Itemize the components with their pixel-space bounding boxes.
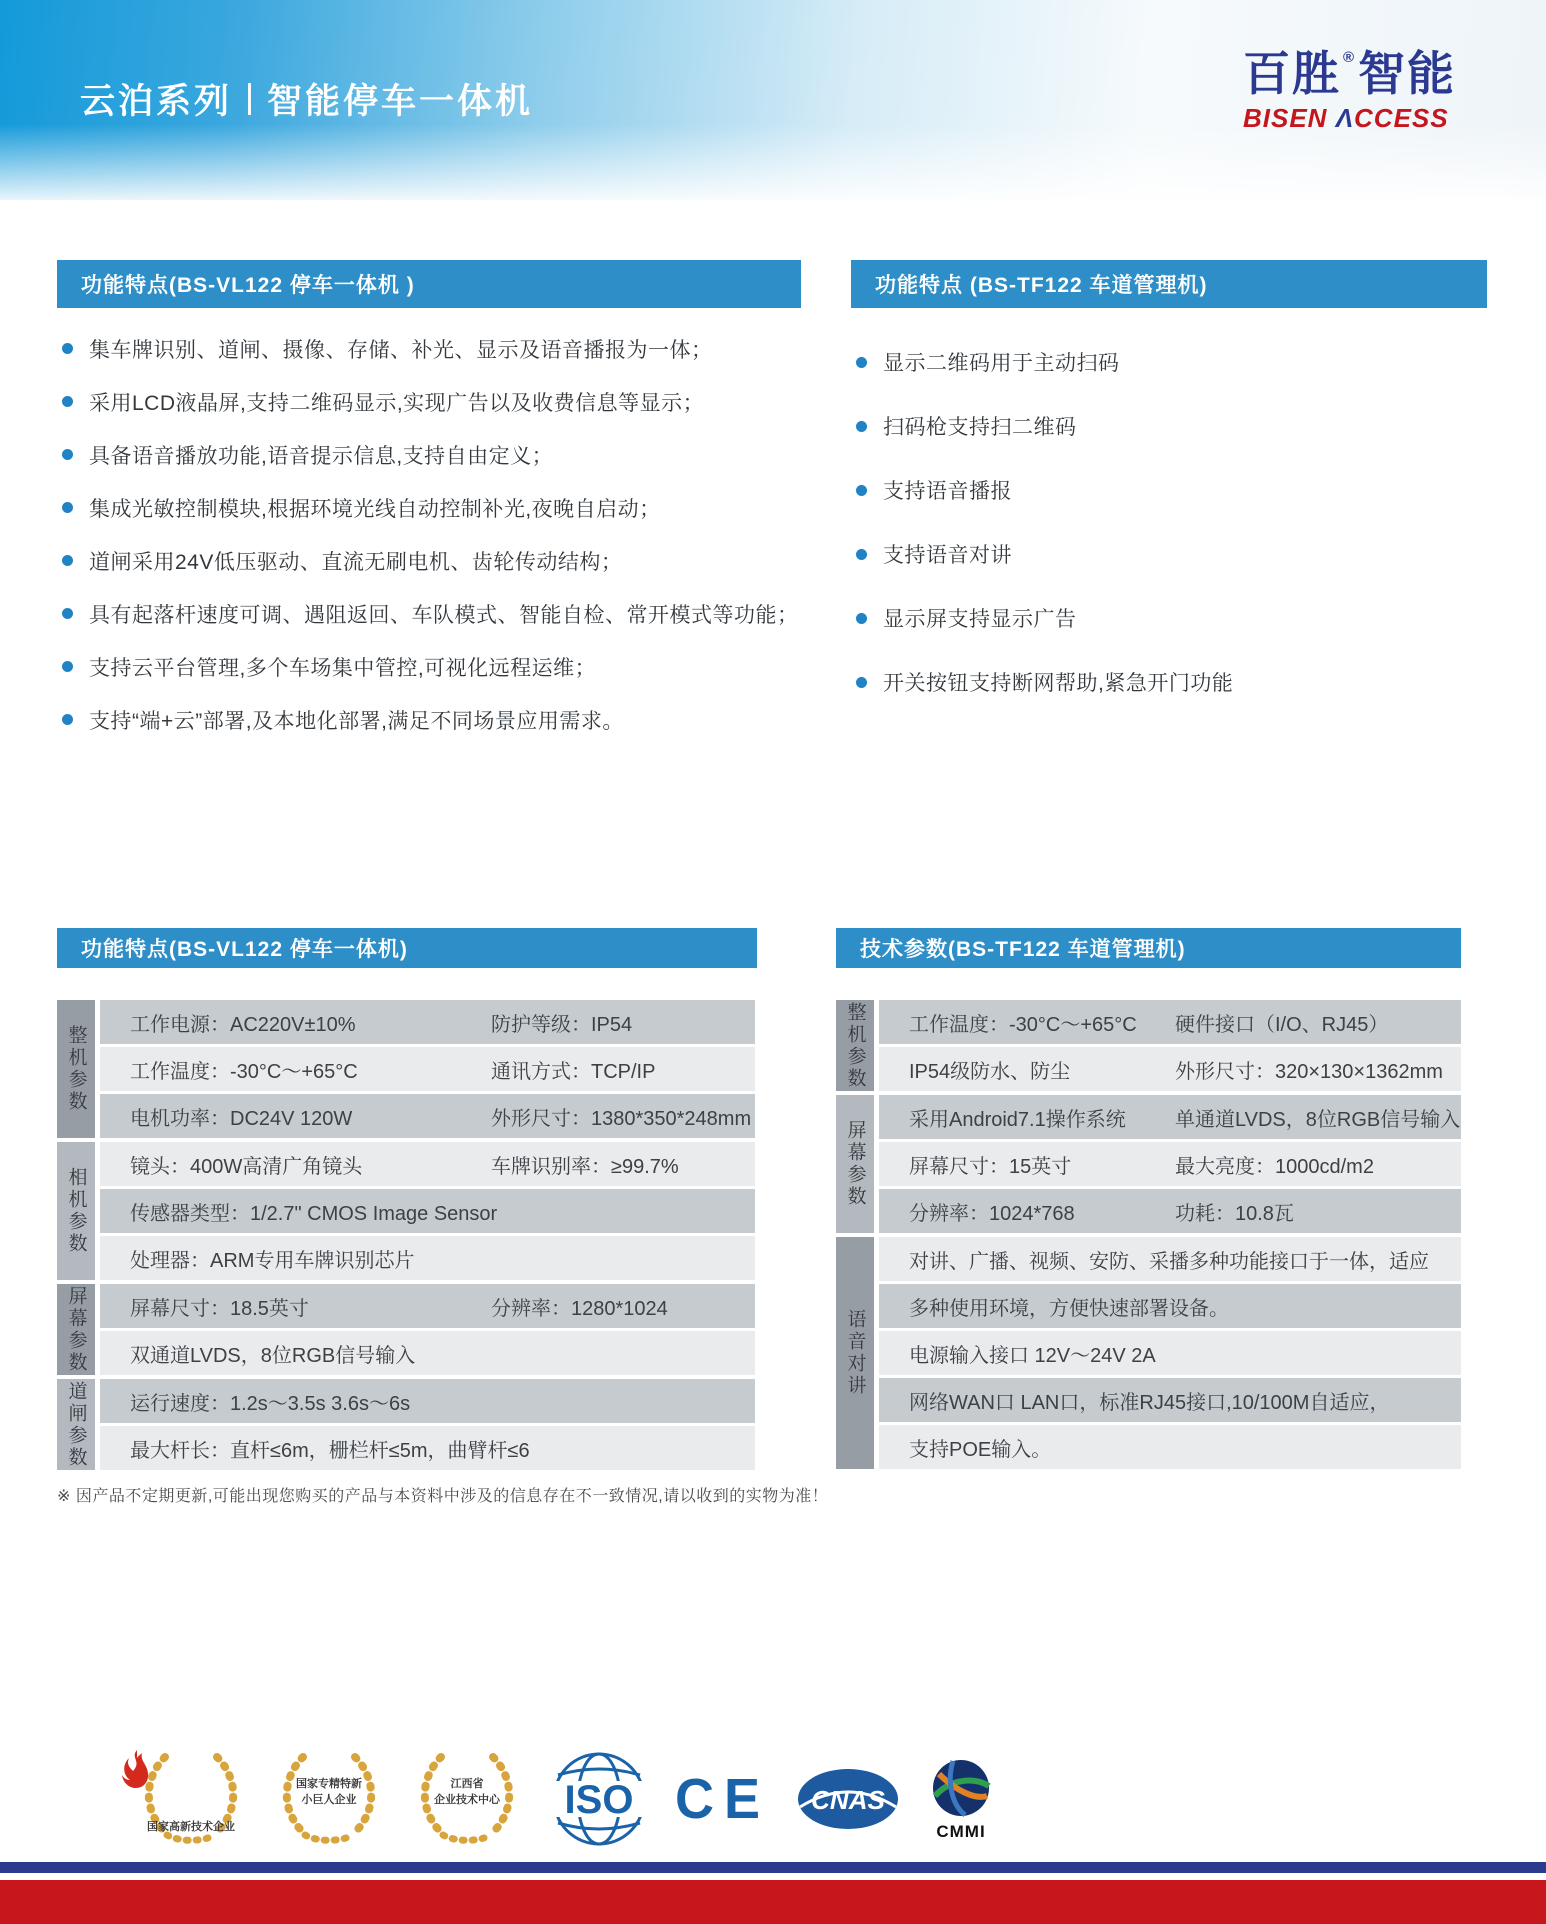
brand-en-bisen: BISEN [1243,103,1336,133]
bullet-icon [856,421,867,432]
list-item: 集成光敏控制模块,根据环境光线自动控制补光,夜晚自启动； [62,481,802,534]
group-label: 道闸参数 [57,1379,95,1470]
table-row: 电机功率：DC24V 120W外形尺寸：1380*350*248mm [100,1094,755,1138]
bullet-icon [856,549,867,560]
registered-mark-icon: ® [1343,49,1356,66]
spec-table-right-header: 技术参数(BS-TF122 车道管理机) [836,928,1461,968]
hero-banner: 云泊系列 智能停车一体机 百胜®智能 BISEN ΛCCESS [0,0,1546,200]
page-title: 云泊系列 智能停车一体机 [80,74,533,124]
list-item: 采用LCD液晶屏,支持二维码显示,实现广告以及收费信息等显示； [62,375,802,428]
list-item: 支持“端+云”部署,及本地化部署,满足不同场景应用需求。 [62,693,802,746]
list-item: 显示二维码用于主动扫码 [856,330,1486,394]
bullet-icon [62,396,73,407]
table-group-machine: 整机参数 工作温度：-30°C～+65°C硬件接口（I/O、RJ45） IP54… [836,1000,1461,1091]
group-label: 整机参数 [836,1000,874,1091]
disclaimer-note: ※ 因产品不定期更新,可能出现您购买的产品与本资料中涉及的信息存在不一致情况,请… [57,1483,828,1506]
table-group-camera: 相机参数 镜头：400W高清广角镜头车牌识别率：≥99.7% 传感器类型：1/2… [57,1142,755,1280]
list-item: 支持语音对讲 [856,522,1486,586]
table-row: IP54级防水、防尘外形尺寸：320×130×1362mm [879,1047,1461,1091]
iso-text: ISO [565,1778,634,1822]
bullet-icon [62,555,73,566]
brand-logo-chinese: 百胜®智能 [1243,50,1456,97]
table-row: 屏幕尺寸：15英寸最大亮度：1000cd/m2 [879,1142,1461,1186]
bullet-icon [856,485,867,496]
brand-cn-left: 百胜 [1243,47,1341,100]
bullet-icon [62,714,73,725]
table-row: 最大杆长：直杆≤6m，栅栏杆≤5m，曲臂杆≤6 [100,1426,755,1470]
iso-logo: ISO [549,1749,649,1849]
table-row: 电源输入接口 12V～24V 2A [879,1331,1461,1375]
table-row: 支持POE输入。 [879,1425,1461,1469]
table-row: 多种使用环境，方便快速部署设备。 [879,1284,1461,1328]
group-label: 屏幕参数 [57,1284,95,1375]
table-group-barrier: 道闸参数 运行速度：1.2s～3.5s 3.6s～6s 最大杆长：直杆≤6m，栅… [57,1379,755,1470]
badge-text: 国家专精特新 小巨人企业 [287,1749,371,1835]
features-left-list: 集车牌识别、道闸、摄像、存储、补光、显示及语音播报为一体； 采用LCD液晶屏,支… [62,322,802,746]
cmmi-globe-icon [929,1756,993,1820]
list-item: 具备语音播放功能,语音提示信息,支持自由定义； [62,428,802,481]
brochure-page: 云泊系列 智能停车一体机 百胜®智能 BISEN ΛCCESS 功能特点(BS-… [0,0,1546,1924]
list-item: 支持云平台管理,多个车场集中管控,可视化远程运维； [62,640,802,693]
badge-text: 江西省 企业技术中心 [425,1749,509,1835]
cert-specialized-sme-badge: 国家专精特新 小巨人企业 [273,1749,385,1849]
table-group-machine: 整机参数 工作电源：AC220V±10%防护等级：IP54 工作温度：-30°C… [57,1000,755,1138]
footer-stripe-red [0,1880,1546,1924]
group-label: 屏幕参数 [836,1095,874,1233]
cmmi-logo: CMMI [926,1749,996,1849]
bullet-icon [856,613,867,624]
certification-logos: 国家高新技术企业 国家专精特新 小巨人企业 [135,1744,996,1854]
title-divider [248,83,251,115]
bullet-icon [62,661,73,672]
table-row: 网络WAN口 LAN口，标准RJ45接口,10/100M自适应， [879,1378,1461,1422]
bullet-icon [62,343,73,354]
brand-logo-english: BISEN ΛCCESS [1243,105,1456,131]
table-row: 采用Android7.1操作系统单通道LVDS，8位RGB信号输入 [879,1095,1461,1139]
table-row: 分辨率：1024*768功耗：10.8瓦 [879,1189,1461,1233]
table-row: 镜头：400W高清广角镜头车牌识别率：≥99.7% [100,1142,755,1186]
cert-jiangxi-tech-center-badge: 江西省 企业技术中心 [411,1749,523,1849]
spec-table-right: 整机参数 工作温度：-30°C～+65°C硬件接口（I/O、RJ45） IP54… [836,1000,1461,1473]
group-label: 语音对讲 [836,1237,874,1469]
list-item: 集车牌识别、道闸、摄像、存储、补光、显示及语音播报为一体； [62,322,802,375]
brand-logo: 百胜®智能 BISEN ΛCCESS [1243,50,1456,131]
list-item: 道闸采用24V低压驱动、直流无刷电机、齿轮传动结构； [62,534,802,587]
features-left-header: 功能特点(BS-VL122 停车一体机 ) [57,260,801,308]
brand-en-ccess: CCESS [1354,103,1449,133]
brand-cn-right: 智能 [1358,47,1456,100]
bullet-icon [62,502,73,513]
flame-icon [120,1749,150,1789]
group-label: 整机参数 [57,1000,95,1138]
table-row: 工作温度：-30°C～+65°C通讯方式：TCP/IP [100,1047,755,1091]
table-row: 屏幕尺寸：18.5英寸分辨率：1280*1024 [100,1284,755,1328]
cnas-logo: CNAS [796,1767,900,1831]
table-row: 工作电源：AC220V±10%防护等级：IP54 [100,1000,755,1044]
bullet-icon [62,608,73,619]
cnas-text: CNAS [811,1785,885,1815]
spec-table-left: 整机参数 工作电源：AC220V±10%防护等级：IP54 工作温度：-30°C… [57,1000,755,1474]
brand-en-lambda: Λ [1336,103,1354,133]
bullet-icon [62,449,73,460]
bullet-icon [856,357,867,368]
cert-national-hitech-badge: 国家高新技术企业 [135,1749,247,1849]
table-row: 传感器类型：1/2.7" CMOS Image Sensor [100,1189,755,1233]
list-item: 支持语音播报 [856,458,1486,522]
series-name: 云泊系列 [80,74,232,124]
features-right-header: 功能特点 (BS-TF122 车道管理机) [851,260,1487,308]
table-row: 运行速度：1.2s～3.5s 3.6s～6s [100,1379,755,1423]
table-row: 对讲、广播、视频、安防、采播多种功能接口于一体，适应 [879,1237,1461,1281]
table-row: 工作温度：-30°C～+65°C硬件接口（I/O、RJ45） [879,1000,1461,1044]
bullet-icon [856,677,867,688]
table-group-screen: 屏幕参数 屏幕尺寸：18.5英寸分辨率：1280*1024 双通道LVDS，8位… [57,1284,755,1375]
spec-table-left-header: 功能特点(BS-VL122 停车一体机) [57,928,757,968]
table-group-screen: 屏幕参数 采用Android7.1操作系统单通道LVDS，8位RGB信号输入 屏… [836,1095,1461,1233]
list-item: 具有起落杆速度可调、遇阻返回、车队模式、智能自检、常开模式等功能； [62,587,802,640]
ce-mark-logo: CE [675,1766,770,1831]
list-item: 扫码枪支持扫二维码 [856,394,1486,458]
table-row: 处理器：ARM专用车牌识别芯片 [100,1236,755,1280]
features-right-list: 显示二维码用于主动扫码 扫码枪支持扫二维码 支持语音播报 支持语音对讲 显示屏支… [856,330,1486,714]
footer-stripe-blue [0,1862,1546,1873]
table-row: 双通道LVDS，8位RGB信号输入 [100,1331,755,1375]
badge-text: 国家高新技术企业 [149,1749,233,1835]
list-item: 开关按钮支持断网帮助,紧急开门功能 [856,650,1486,714]
table-group-intercom: 语音对讲 对讲、广播、视频、安防、采播多种功能接口于一体，适应 多种使用环境，方… [836,1237,1461,1469]
group-label: 相机参数 [57,1142,95,1280]
list-item: 显示屏支持显示广告 [856,586,1486,650]
product-name: 智能停车一体机 [267,74,533,124]
cmmi-text: CMMI [936,1822,985,1842]
